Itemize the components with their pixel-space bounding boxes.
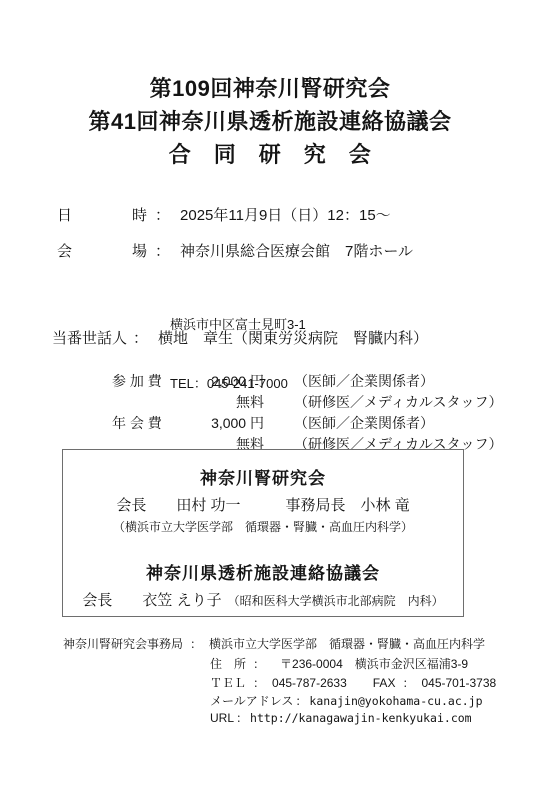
fax-value: 045-701-3738 (421, 675, 496, 691)
org1-officers: 会長 田村 功一 事務局長 小林 竜 (63, 496, 463, 516)
fee-row-participation: 参 加 費 2,000 円 （医師／企業関係者） (112, 371, 502, 392)
date-label: 日 時 (57, 206, 149, 226)
office-value: 横浜市立大学医学部 循環器・腎臓・高血圧内科学 (209, 636, 485, 652)
event-title-line-1: 第109回神奈川腎研究会 (0, 72, 540, 105)
tel-colon: ： (253, 675, 265, 691)
organizer-row: 当番世話人 ： 横地 章生（関東労災病院 腎臓内科） (52, 329, 428, 349)
venue-row: 会 場 ： 神奈川県総合医療会館 7階ホール (57, 242, 413, 262)
fee-amount: 2,000 円 (192, 371, 264, 392)
url-value: http://kanagawajin-kenkyukai.com (250, 710, 472, 726)
fee-note: （研修医／メディカルスタッフ） (294, 392, 502, 413)
office-colon: ： (190, 636, 202, 652)
email-label: メールアドレス (210, 693, 293, 709)
organizer-colon: ： (133, 329, 148, 349)
organizer-label: 当番世話人 (52, 329, 127, 349)
address-colon: ： (253, 656, 265, 672)
document-page: 第109回神奈川腎研究会 第41回神奈川県透析施設連絡協議会 合 同 研 究 会… (0, 0, 560, 808)
tel-value: 045-787-2633 (272, 675, 347, 691)
org2-name: 神奈川県透析施設連絡協議会 (63, 562, 463, 586)
venue-colon: ： (155, 242, 170, 262)
fee-note: （医師／企業関係者） (294, 371, 434, 392)
fax-colon: ： (402, 675, 414, 691)
address-label: 住 所 (210, 656, 246, 672)
footer-url-line: URL ： http://kanagawajin-kenkyukai.com (210, 710, 472, 726)
date-colon: ： (155, 206, 170, 226)
org2-affiliation: （昭和医科大学横浜市北部病院 内科） (228, 594, 444, 608)
org1-affiliation: （横浜市立大学医学部 循環器・腎臓・高血圧内科学） (63, 519, 463, 535)
fees-table: 参 加 費 2,000 円 （医師／企業関係者） 無料 （研修医／メディカルスタ… (112, 371, 502, 455)
url-label: URL (210, 710, 234, 726)
fee-row-participation-free: 無料 （研修医／メディカルスタッフ） (112, 392, 502, 413)
footer-office-line: 神奈川腎研究会事務局 ： 横浜市立大学医学部 循環器・腎臓・高血圧内科学 (63, 636, 485, 652)
fee-label: 年 会 費 (112, 413, 192, 434)
venue-value: 神奈川県総合医療会館 7階ホール (180, 242, 413, 262)
organizer-value: 横地 章生（関東労災病院 腎臓内科） (158, 329, 428, 349)
org1-name: 神奈川腎研究会 (63, 467, 463, 491)
footer-email-line: メールアドレス ： kanajin@yokohama-cu.ac.jp (210, 693, 483, 709)
footer-address-line: 住 所 ： 〒236-0004 横浜市金沢区福浦3-9 (210, 656, 468, 672)
fee-row-annual: 年 会 費 3,000 円 （医師／企業関係者） (112, 413, 502, 434)
tel-label: ＴＥＬ (210, 675, 246, 691)
organizations-box: 神奈川腎研究会 会長 田村 功一 事務局長 小林 竜 （横浜市立大学医学部 循環… (62, 449, 464, 617)
event-title-line-2: 第41回神奈川県透析施設連絡協議会 (0, 105, 540, 138)
event-title: 第109回神奈川腎研究会 第41回神奈川県透析施設連絡協議会 合 同 研 究 会 (0, 72, 540, 171)
event-title-line-3: 合 同 研 究 会 (0, 138, 540, 171)
date-row: 日 時 ： 2025年11月9日（日）12：15～ (57, 206, 391, 226)
fee-amount: 3,000 円 (192, 413, 264, 434)
date-value: 2025年11月9日（日）12：15～ (180, 206, 391, 226)
fax-label: FAX (373, 675, 396, 691)
fee-amount: 無料 (192, 392, 264, 413)
org2-officers-line: 会長 衣笠 えり子（昭和医科大学横浜市北部病院 内科） (63, 591, 463, 611)
org2-officers: 会長 衣笠 えり子 (82, 592, 221, 609)
email-address: kanajin@yokohama-cu.ac.jp (309, 693, 482, 709)
url-colon: ： (236, 710, 248, 726)
office-label: 神奈川腎研究会事務局 (63, 636, 183, 652)
venue-label: 会 場 (57, 242, 149, 262)
footer-telfax-line: ＴＥＬ ： 045-787-2633 FAX ： 045-701-3738 (210, 675, 496, 691)
fee-note: （医師／企業関係者） (294, 413, 434, 434)
email-colon: ： (295, 693, 307, 709)
address-value: 〒236-0004 横浜市金沢区福浦3-9 (280, 656, 468, 672)
fee-label: 参 加 費 (112, 371, 192, 392)
